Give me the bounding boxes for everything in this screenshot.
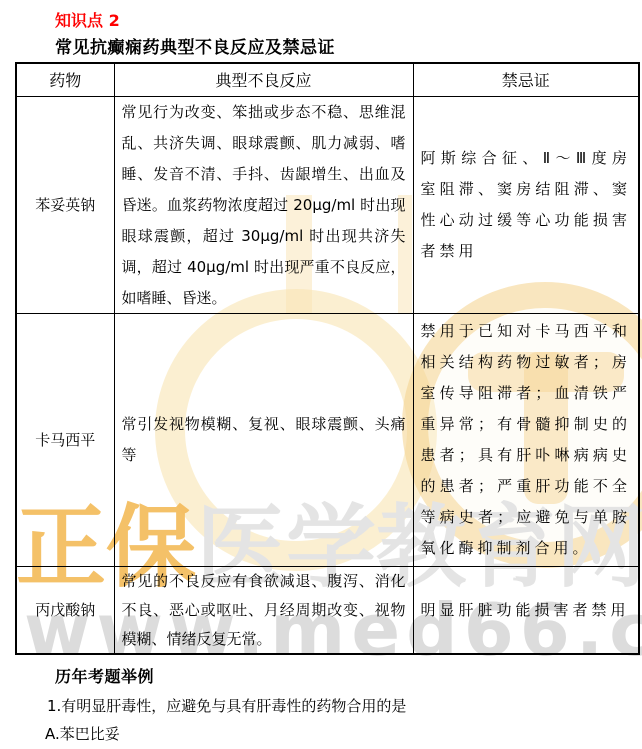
header-reactions: 典型不良反应: [114, 63, 413, 97]
header-contraindications-label: 禁忌证: [502, 65, 550, 96]
contraindications-cell: 阿斯综合征、Ⅱ～Ⅲ度房室阻滞、窦房结阻滞、窦性心动过缓等心功能损害者禁用: [413, 97, 639, 314]
drug-name-cell: 卡马西平: [16, 314, 114, 567]
drug-name-cell: 丙戊酸钠: [16, 567, 114, 655]
reactions-text: 常引发视物模糊、复视、眼球震颤、头痛等: [122, 409, 406, 471]
reactions-cell: 常见行为改变、笨拙或步态不稳、思维混乱、共济失调、眼球震颤、肌力减弱、嗜睡、发音…: [114, 97, 413, 314]
exam-option-a: A.苯巴比妥: [45, 723, 120, 744]
table-row-carbamazepine: 卡马西平 常引发视物模糊、复视、眼球震颤、头痛等 禁用于已知对卡马西平和相关结构…: [16, 314, 639, 567]
contraindications-text: 明显肝脏功能损害者禁用: [421, 596, 632, 625]
table-header-row: 药物 典型不良反应 禁忌证: [16, 63, 639, 97]
drug-name: 卡马西平: [35, 425, 95, 456]
header-contraindications: 禁忌证: [413, 63, 639, 97]
header-reactions-label: 典型不良反应: [215, 65, 311, 96]
antiepileptic-drug-table: 药物 典型不良反应 禁忌证 苯妥英钠 常见行为改变、笨拙或步态不稳、思维混乱、共…: [15, 62, 640, 655]
contraindications-cell: 明显肝脏功能损害者禁用: [413, 567, 639, 655]
table-row-phenytoin: 苯妥英钠 常见行为改变、笨拙或步态不稳、思维混乱、共济失调、眼球震颤、肌力减弱、…: [16, 97, 639, 314]
table-caption: 常见抗癫痫药典型不良反应及禁忌证: [55, 33, 335, 58]
reactions-text: 常见行为改变、笨拙或步态不稳、思维混乱、共济失调、眼球震颤、肌力减弱、嗜睡、发音…: [122, 97, 406, 313]
exam-section-heading: 历年考题举例: [55, 664, 154, 687]
contraindications-text: 禁用于已知对卡马西平和相关结构药物过敏者；房室传导阻滞者；血清铁严重异常；有骨髓…: [421, 316, 632, 564]
header-drug: 药物: [16, 63, 114, 97]
reactions-cell: 常见的不良反应有食欲减退、腹泻、消化不良、恶心或呕吐、月经周期改变、视物模糊、情…: [114, 567, 413, 655]
reactions-cell: 常引发视物模糊、复视、眼球震颤、头痛等: [114, 314, 413, 567]
reactions-text: 常见的不良反应有食欲减退、腹泻、消化不良、恶心或呕吐、月经周期改变、视物模糊、情…: [122, 567, 406, 653]
drug-name: 苯妥英钠: [35, 190, 95, 221]
drug-name: 丙戊酸钠: [35, 596, 95, 625]
document-content: 知识点 2 常见抗癫痫药典型不良反应及禁忌证 药物 典型不良反应 禁忌证 苯妥英…: [0, 0, 642, 749]
table-row-valproate: 丙戊酸钠 常见的不良反应有食欲减退、腹泻、消化不良、恶心或呕吐、月经周期改变、视…: [16, 567, 639, 655]
contraindications-cell: 禁用于已知对卡马西平和相关结构药物过敏者；房室传导阻滞者；血清铁严重异常；有骨髓…: [413, 314, 639, 567]
exam-question: 1.有明显肝毒性，应避免与具有肝毒性的药物合用的是: [47, 695, 406, 716]
contraindications-text: 阿斯综合征、Ⅱ～Ⅲ度房室阻滞、窦房结阻滞、窦性心动过缓等心功能损害者禁用: [421, 143, 632, 267]
drug-name-cell: 苯妥英钠: [16, 97, 114, 314]
header-drug-label: 药物: [49, 65, 81, 96]
knowledge-point-title: 知识点 2: [55, 8, 120, 31]
